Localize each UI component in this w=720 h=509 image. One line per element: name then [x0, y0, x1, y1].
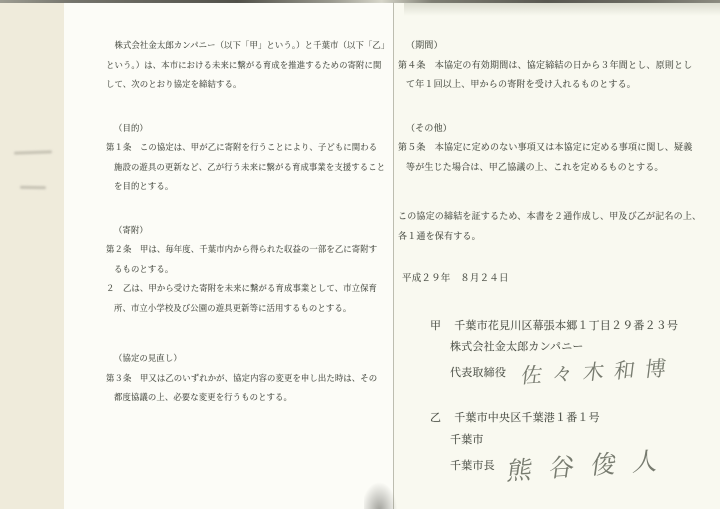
heading-donation: （寄附） [106, 221, 398, 241]
scanned-agreement-document: 株式会社金太郎カンパニー（以下「甲」という。）と千葉市（以下「乙」 という。）は… [0, 0, 720, 509]
party-otsu-title: 千葉市長 [450, 460, 495, 472]
party-kou-address-line: 甲千葉市花見川区幕張本郷１丁目２９番２３号 [398, 316, 718, 338]
article5-line-2: 等が生じた場合は、甲乙協議の上、これを定めるものとする。 [398, 158, 718, 178]
party-kou-handwritten-signature: 佐々木和博 [520, 357, 677, 387]
preamble-line-2: という。）は、本市における未来に繋がる育成を推進するための寄附に関 [106, 56, 398, 76]
article2-line-1: 第２条 甲は、毎年度、千葉市内から得られた収益の一部を乙に寄附す [106, 240, 398, 260]
left-page-text-column: 株式会社金太郎カンパニー（以下「甲」という。）と千葉市（以下「乙」 という。）は… [106, 36, 398, 408]
party-kou-title: 代表取締役 [450, 367, 506, 379]
heading-revision: （協定の見直し） [106, 349, 398, 369]
party-kou-address: 千葉市花見川区幕張本郷１丁目２９番２３号 [454, 320, 678, 332]
paper-edge-smudge [20, 186, 46, 189]
article3-line-2: 都度協議の上、必要な変更を行うものとする。 [106, 388, 398, 408]
article1-line-3: を目的とする。 [106, 177, 398, 197]
article2-para2-line-1: ２ 乙は、甲から受けた寄附を未来に繋がる育成事業として、市立保育 [106, 279, 398, 299]
page-corner-shadow [364, 481, 398, 509]
party-otsu-label: 乙 [430, 408, 441, 430]
article2-line-2: るものとする。 [106, 260, 398, 280]
preamble-line-1: 株式会社金太郎カンパニー（以下「甲」という。）と千葉市（以下「乙」 [106, 36, 398, 56]
heading-miscellaneous: （その他） [398, 119, 718, 139]
article5-line-1: 第５条 本協定に定めのない事項又は本協定に定める事項に関し、疑義 [398, 138, 718, 158]
party-otsu-address: 千葉市中央区千葉港１番１号 [454, 412, 600, 424]
party-kou-label: 甲 [430, 316, 441, 338]
heading-purpose: （目的） [106, 119, 398, 139]
preamble-line-3: して、次のとおり協定を締結する。 [106, 75, 398, 95]
party-otsu-block: 乙千葉市中央区千葉港１番１号 千葉市 千葉市長熊谷俊人 [398, 408, 718, 478]
party-kou-block: 甲千葉市花見川区幕張本郷１丁目２９番２３号 株式会社金太郎カンパニー 代表取締役… [398, 316, 718, 385]
heading-period: （期間） [398, 36, 718, 56]
article2-para2-line-2: 所、市立小学校及び公園の遊具更新等に活用するものとする。 [106, 299, 398, 319]
closing-line-1: この協定の締結を証するため、本書を２通作成し、甲及び乙が記名の上、 [398, 207, 718, 227]
article4-line-2: て年１回以上、甲からの寄附を受け入れるものとする。 [398, 75, 718, 95]
scan-top-right-shading [404, 3, 720, 16]
closing-line-2: 各１通を保有する。 [398, 227, 718, 247]
right-page-text-column: （期間） 第４条 本協定の有効期間は、協定締結の日から３年間とし、原則とし て年… [398, 36, 718, 478]
agreement-date: 平成２９年 ８月２４日 [398, 270, 718, 290]
article4-line-1: 第４条 本協定の有効期間は、協定締結の日から３年間とし、原則とし [398, 56, 718, 76]
party-otsu-address-line: 乙千葉市中央区千葉港１番１号 [398, 408, 718, 430]
party-otsu-signer-line: 千葉市長熊谷俊人 [398, 451, 718, 478]
article1-line-1: 第１条 この協定は、甲が乙に寄附を行うことにより、子どもに関わる [106, 138, 398, 158]
party-kou-signer-line: 代表取締役佐々木和博 [398, 359, 718, 385]
article3-line-1: 第３条 甲又は乙のいずれかが、協定内容の変更を申し出た時は、その [106, 369, 398, 389]
paper-edge-smudge [14, 150, 52, 154]
article1-line-2: 施設の遊具の更新など、乙が行う未来に繋がる育成事業を支援すること [106, 158, 398, 178]
